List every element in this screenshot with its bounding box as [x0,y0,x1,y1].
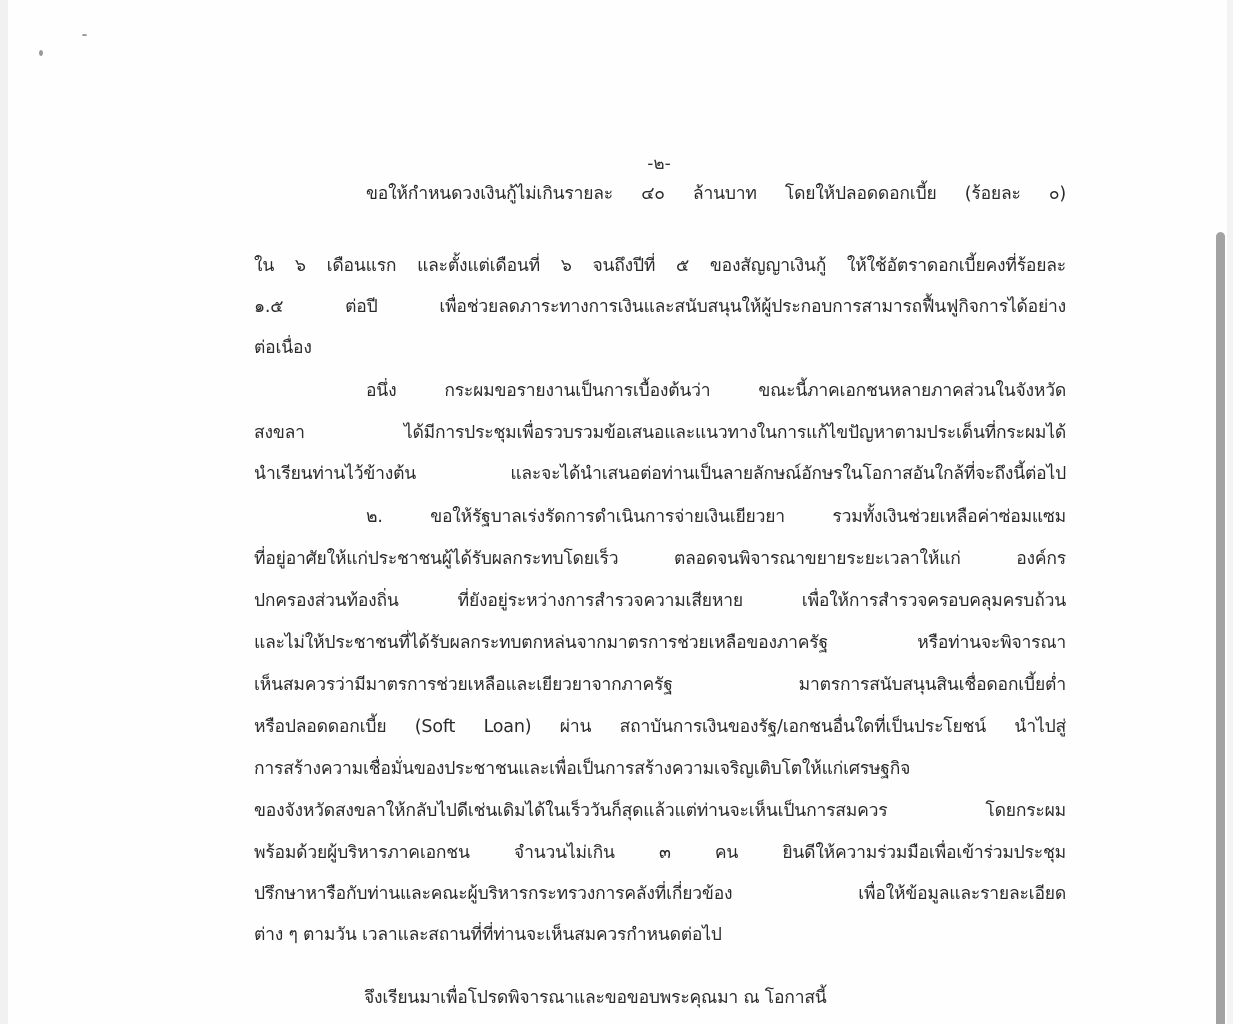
paragraph-line: ของจังหวัดสงขลาให้กลับไปดีเช่นเดิมได้ในเ… [254,798,1066,824]
paragraph-line: พร้อมด้วยผู้บริหารภาคเอกชน จำนวนไม่เกิน … [254,840,1066,866]
paragraph-line: ที่อยู่อาศัยให้แก่ประชาชนผู้ได้รับผลกระท… [254,546,1066,572]
paragraph-line: ขอให้กำหนดวงเงินกู้ไม่เกินรายละ ๔๐ ล้านบ… [366,181,1066,207]
paragraph-line: ต่อเนื่อง [254,335,1066,361]
paragraph-line: สงขลา ได้มีการประชุมเพื่อรวบรวมข้อเสนอแล… [254,420,1066,446]
paragraph-line: ๒. ขอให้รัฐบาลเร่งรัดการดำเนินการจ่ายเงิ… [366,504,1066,530]
paragraph-line: และไม่ให้ประชาชนที่ได้รับผลกระทบตกหล่นจา… [254,630,1066,656]
paragraph-line: ปกครองส่วนท้องถิ่น ที่ยังอยู่ระหว่างการส… [254,588,1066,614]
paragraph-line: อนึ่ง กระผมขอรายงานเป็นการเบื้องต้นว่า ข… [366,378,1066,404]
page-number: -๒- [0,150,1233,177]
paragraph-line: ๑.๕ ต่อปี เพื่อช่วยลดภาระทางการเงินและสน… [254,294,1066,320]
paragraph-line: หรือปลอดดอกเบี้ย (Soft Loan) ผ่าน สถาบัน… [254,714,1066,740]
paragraph-line: เห็นสมควรว่ามีมาตรการช่วยเหลือและเยียวยา… [254,672,1066,698]
paragraph-line: นำเรียนท่านไว้ข้างต้น และจะได้นำเสนอต่อท… [254,461,1066,487]
document-page: -๒- ขอให้กำหนดวงเงินกู้ไม่เกินรายละ ๔๐ ล… [0,0,1233,1024]
paragraph-line: ใน ๖ เดือนแรก และตั้งแต่เดือนที่ ๖ จนถึง… [254,253,1066,279]
paragraph-line: ปรึกษาหารือกับท่านและคณะผู้บริหารกระทรวง… [254,881,1066,907]
paragraph-line: ต่าง ๆ ตามวัน เวลาและสถานที่ที่ท่านจะเห็… [254,922,1066,948]
closing-line: จึงเรียนมาเพื่อโปรดพิจารณาและขอขอบพระคุณ… [364,985,1064,1011]
document-viewer: -๒- ขอให้กำหนดวงเงินกู้ไม่เกินรายละ ๔๐ ล… [0,0,1233,1024]
scrollbar-thumb[interactable] [1216,232,1225,1024]
paragraph-line: การสร้างความเชื่อมั่นของประชาชนและเพื่อเ… [254,756,1066,782]
